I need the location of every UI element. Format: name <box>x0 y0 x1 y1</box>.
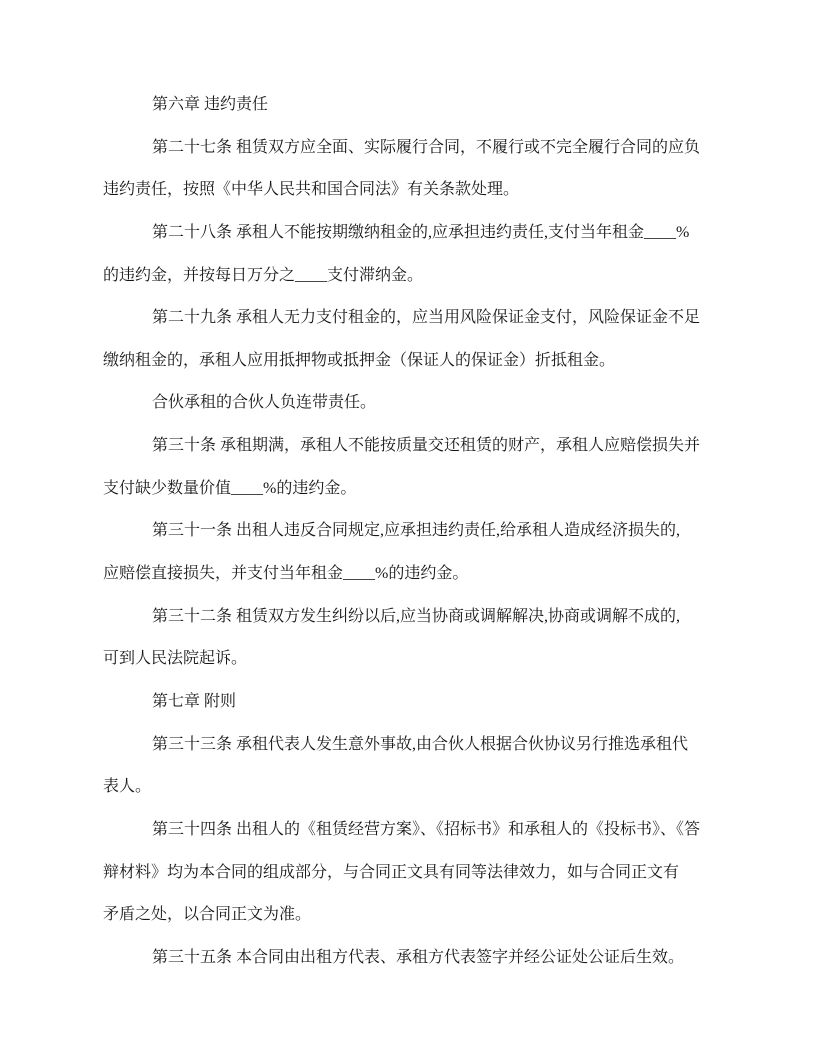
text-line: 合伙承租的合伙人负连带责任。 <box>103 382 723 425</box>
text-line: 可到人民法院起诉。 <box>103 638 723 681</box>
text-line: 第二十九条 承租人无力支付租金的，应当用风险保证金支付，风险保证金不足 <box>103 297 723 340</box>
document-page: 第六章 违约责任第二十七条 租赁双方应全面、实际履行合同，不履行或不完全履行合同… <box>0 0 816 1056</box>
text-line: 第三十条 承租期满，承租人不能按质量交还租赁的财产，承租人应赔偿损失并 <box>103 425 723 468</box>
text-line: 第六章 违约责任 <box>103 84 723 127</box>
text-line: 第三十一条 出租人违反合同规定,应承担违约责任,给承租人造成经济损失的, <box>103 510 723 553</box>
text-line: 第二十七条 租赁双方应全面、实际履行合同，不履行或不完全履行合同的应负 <box>103 127 723 170</box>
text-line: 辩材料》均为本合同的组成部分，与合同正文具有同等法律效力，如与合同正文有 <box>103 852 723 895</box>
text-line: 第三十五条 本合同由出租方代表、承租方代表签字并经公证处公证后生效。 <box>103 937 723 980</box>
text-line: 第三十三条 承租代表人发生意外事故,由合伙人根据合伙协议另行推选承租代 <box>103 724 723 767</box>
text-line: 支付缺少数量价值____%的违约金。 <box>103 468 723 511</box>
text-line: 表人。 <box>103 766 723 809</box>
text-line: 的违约金，并按每日万分之____支付滞纳金。 <box>103 255 723 298</box>
text-line: 应赔偿直接损失，并支付当年租金____%的违约金。 <box>103 553 723 596</box>
document-body: 第六章 违约责任第二十七条 租赁双方应全面、实际履行合同，不履行或不完全履行合同… <box>103 84 723 979</box>
text-line: 第三十四条 出租人的《租赁经营方案》、《招标书》和承租人的《投标书》、《答 <box>103 809 723 852</box>
text-line: 第三十二条 租赁双方发生纠纷以后,应当协商或调解解决,协商或调解不成的, <box>103 596 723 639</box>
text-line: 第二十八条 承租人不能按期缴纳租金的,应承担违约责任,支付当年租金____% <box>103 212 723 255</box>
text-line: 矛盾之处，以合同正文为准。 <box>103 894 723 937</box>
text-line: 缴纳租金的，承租人应用抵押物或抵押金（保证人的保证金）折抵租金。 <box>103 340 723 383</box>
text-line: 第七章 附则 <box>103 681 723 724</box>
text-line: 违约责任，按照《中华人民共和国合同法》有关条款处理。 <box>103 169 723 212</box>
